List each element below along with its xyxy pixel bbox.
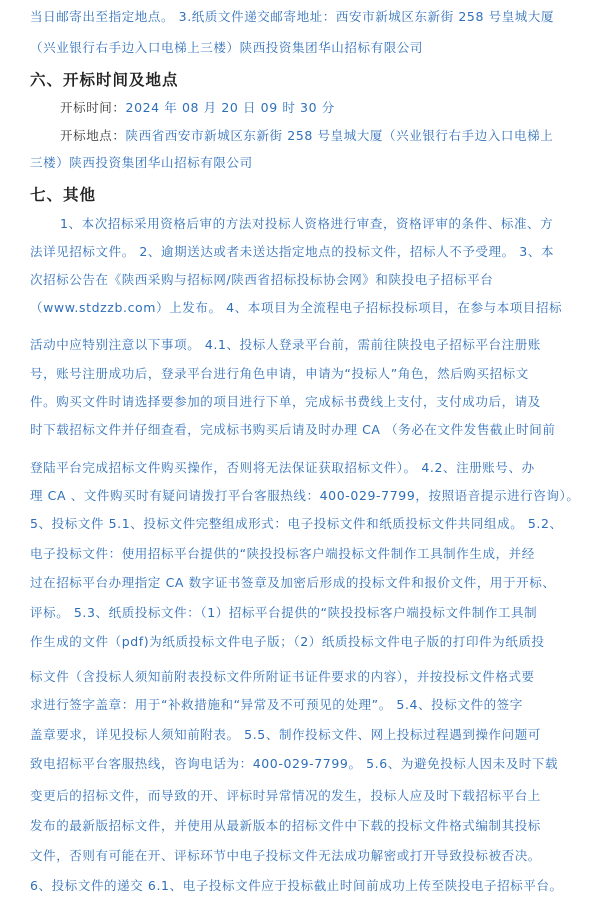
section-7-line: 活动中应特别注意以下事项。 4.1、投标人登录平台前，需前往陕投电子招标平台注册…	[30, 337, 541, 353]
section-7-heading: 七、其他	[30, 183, 96, 205]
section-7-line: 致电招标平台客服热线，咨询电话为：400-029-7799。 5.6、为避免投标…	[30, 756, 558, 772]
section-7-line: 6、投标文件的递交 6.1、电子投标文件应于投标截止时间前成功上传至陕投电子招标…	[30, 878, 563, 894]
section-7-line: 号，账号注册成功后，登录平台进行角色申请，申请为“投标人”角色，然后购买招标文	[30, 366, 529, 382]
section-7-line: 标文件（含投标人须知前附表投标文件所附证书证件要求的内容），并按投标文件格式要	[30, 669, 535, 685]
section-7-line: 求进行签字盖章：用于“补救措施和“异常及不可预见的处理”。 5.4、投标文件的签…	[30, 697, 523, 713]
bid-opening-time-label: 开标时间：	[60, 100, 126, 115]
bid-opening-time: 开标时间：2024 年 08 月 20 日 09 时 30 分	[60, 100, 335, 116]
intro-line-1: 当日邮寄出至指定地点。 3.纸质文件递交邮寄地址：西安市新城区东新街 258 号…	[30, 9, 554, 25]
section-6-heading: 六、开标时间及地点	[30, 68, 179, 90]
section-7-line: 法详见招标文件。 2、逾期送达或者未送达指定地点的投标文件，招标人不予受理。 3…	[30, 244, 554, 260]
section-7-line: 过在招标平台办理指定 CA 数字证书签章及加密后形成的投标文件和报价文件，用于开…	[30, 575, 555, 591]
bid-opening-place-value: 陕西省西安市新城区东新街 258 号皇城大厦（兴业银行右手边入口电梯上	[126, 128, 554, 143]
section-7-line: 5、投标文件 5.1、投标文件完整组成形式：电子投标文件和纸质投标文件共同组成。…	[30, 516, 563, 532]
bid-opening-place-label: 开标地点：	[60, 128, 126, 143]
section-7-line: 1、本次招标采用资格后审的方法对投标人资格进行审查，资格评审的条件、标准、方	[60, 216, 553, 232]
section-7-line: 件。购买文件时请选择要参加的项目进行下单，完成标书费线上支付，支付成功后，请及	[30, 394, 541, 410]
section-7-line: 盖章要求，详见投标人须知前附表。 5.5、制作投标文件、网上投标过程遇到操作问题…	[30, 727, 541, 743]
section-7-line: 评标。 5.3、纸质投标文件：（1）招标平台提供的“陕投投标客户端投标文件制作工…	[30, 605, 537, 621]
section-7-line: 变更后的招标文件，而导致的开、评标时异常情况的发生，投标人应及时下载招标平台上	[30, 788, 541, 804]
section-7-line: 文件，否则有可能在开、评标环节中电子投标文件无法成功解密或打开导致投标被否决。	[30, 848, 541, 864]
intro-line-2: （兴业银行右手边入口电梯上三楼）陕西投资集团华山招标有限公司	[30, 40, 423, 56]
section-7-line: 理 CA 、文件购买时有疑问请拨打平台客服热线：400-029-7799，按照语…	[30, 488, 579, 504]
section-7-line: 作生成的文件（pdf)为纸质投标文件电子版；（2）纸质投标文件电子版的打印件为纸…	[30, 634, 545, 650]
bid-opening-place: 开标地点：陕西省西安市新城区东新街 258 号皇城大厦（兴业银行右手边入口电梯上	[60, 128, 553, 144]
section-7-line: 时下载招标文件并仔细查看，完成标书购买后请及时办理 CA （务必在文件发售截止时…	[30, 422, 555, 438]
section-7-line: 登陆平台完成招标文件购买操作，否则将无法保证获取招标文件）。 4.2、注册账号、…	[30, 460, 535, 476]
section-7-line: 发布的最新版招标文件，并使用从最新版本的招标文件中下载的投标文件格式编制其投标	[30, 818, 541, 834]
section-7-line: （www.stdzzb.com）上发布。 4、本项目为全流程电子招标投标项目，在…	[30, 300, 562, 316]
section-7-line: 电子投标文件：使用招标平台提供的“陕投投标客户端投标文件制作工具制作生成，并经	[30, 546, 535, 562]
bid-opening-place-cont: 三楼）陕西投资集团华山招标有限公司	[30, 155, 253, 171]
section-7-line: 次招标公告在《陕西采购与招标网/陕西省招标投标协会网》和陕投电子招标平台	[30, 272, 493, 288]
bid-opening-time-value: 2024 年 08 月 20 日 09 时 30 分	[126, 100, 335, 115]
